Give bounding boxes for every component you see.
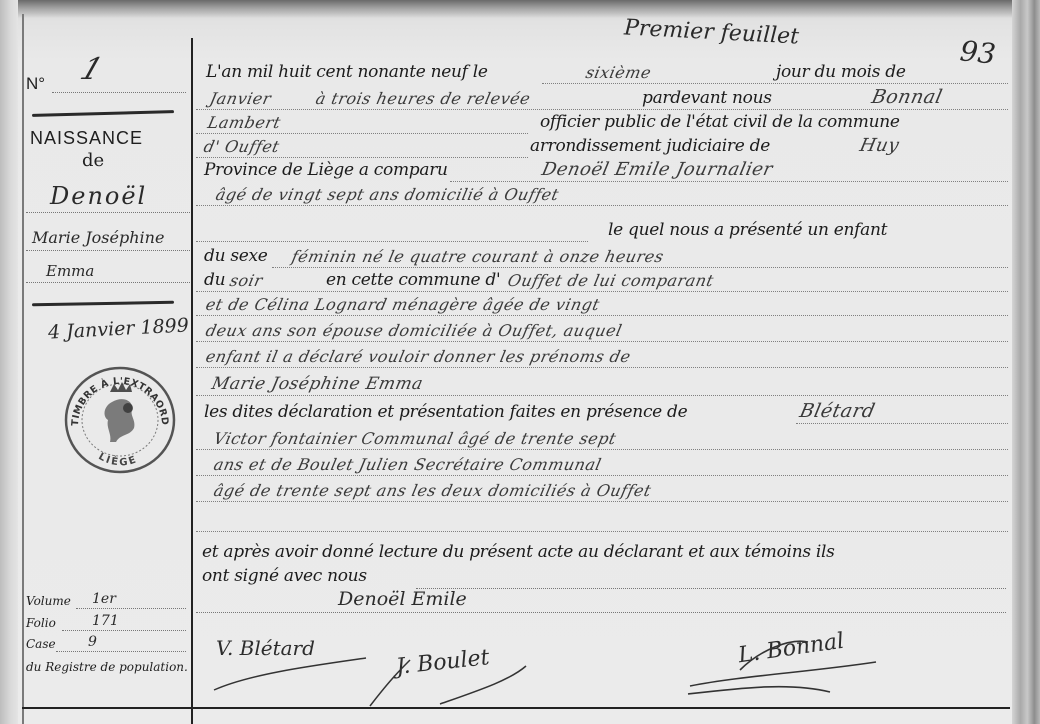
stamp-seal-icon: TIMBRE À L'EXTRAORDINAIRE LIÈGE [62, 362, 178, 474]
dotted-line [542, 83, 1008, 84]
printed-text: ont signé avec nous [202, 566, 367, 586]
signature-flourish-icon [210, 656, 370, 696]
body-line-13: Marie Joséphine Emma [196, 372, 1008, 398]
body-line-12: enfant il a déclaré vouloir donner les p… [196, 344, 1008, 370]
dotted-line [196, 367, 1008, 368]
margin-column: N° 1 NAISSANCE de Denoël Marie Joséphine… [24, 0, 190, 724]
handwritten-entry: Janvier [208, 89, 273, 108]
act-body: L'an mil huit cent nonante neuf le sixiè… [196, 0, 1012, 724]
margin-date: 4 Janvier 1899 [48, 314, 190, 343]
folio-row: Folio 171 [26, 616, 190, 634]
handwritten-entry: Victor fontainier Communal âgé de trente… [212, 429, 618, 448]
section-rule [32, 110, 174, 117]
handwritten-entry: à trois heures de relevée [314, 89, 532, 108]
handwritten-entry: âgé de trente sept ans les deux domicili… [212, 481, 653, 500]
volume-row: Volume 1er [26, 594, 190, 612]
child-given-names-1: Marie Joséphine [32, 228, 164, 247]
body-line-18 [196, 508, 1008, 534]
body-line-14: les dites déclaration et présentation fa… [196, 400, 1008, 426]
dotted-line [796, 423, 1008, 424]
body-line-8: du sexe féminin né le quatre courant à o… [196, 244, 1008, 270]
handwritten-entry: Huy [858, 135, 901, 156]
handwritten-entry: deux ans son épouse domiciliée à Ouffet,… [204, 321, 624, 340]
register-page: Premier feuillet 93 N° 1 NAISSANCE de De… [0, 0, 1040, 724]
folio-value: 171 [92, 613, 119, 629]
handwritten-entry: Denoël Emile Journalier [540, 159, 775, 180]
handwritten-entry: enfant il a déclaré vouloir donner les p… [204, 347, 633, 366]
printed-text: jour du mois de [776, 62, 906, 82]
register-footer: du Registre de population. [26, 660, 188, 674]
body-line-16: ans et de Boulet Julien Secrétaire Commu… [196, 452, 1008, 478]
case-value: 9 [88, 634, 97, 650]
handwritten-entry: sixième [584, 63, 653, 82]
body-line-1: L'an mil huit cent nonante neuf le sixiè… [196, 60, 1008, 86]
dotted-line [196, 531, 1008, 532]
handwritten-entry: Marie Joséphine Emma [210, 374, 425, 394]
dotted-line [26, 212, 190, 213]
printed-text: les dites déclaration et présentation fa… [204, 402, 687, 422]
dotted-line [196, 395, 1008, 396]
handwritten-entry: d' Ouffet [202, 137, 281, 156]
body-line-7: le quel nous a présenté un enfant [196, 218, 1008, 244]
printed-text: pardevant nous [642, 88, 772, 108]
binding-edge-left [0, 0, 18, 724]
dotted-line [196, 341, 1008, 342]
dotted-line [196, 449, 1008, 450]
de-label: de [82, 150, 104, 171]
dotted-line [26, 250, 190, 251]
body-line-19: et après avoir donné lecture du présent … [196, 540, 1008, 566]
child-surname: Denoël [50, 182, 147, 210]
act-number-value: 1 [76, 52, 108, 87]
handwritten-entry: Lambert [206, 113, 283, 132]
section-title: NAISSANCE [30, 128, 143, 149]
printed-text: du [204, 270, 225, 290]
body-line-3: Lambert officier public de l'état civil … [196, 110, 1008, 136]
section-rule [32, 301, 174, 306]
dotted-line [196, 315, 1008, 316]
volume-label: Volume [26, 594, 71, 608]
body-line-20: ont signé avec nous [196, 564, 1008, 590]
case-label: Case [26, 637, 56, 651]
handwritten-entry: Bonnal [870, 86, 945, 108]
body-line-4: d' Ouffet arrondissement judiciaire de H… [196, 134, 1008, 160]
body-line-5: Province de Liège a comparu Denoël Emile… [196, 158, 1008, 184]
handwritten-entry: ans et de Boulet Julien Secrétaire Commu… [212, 455, 603, 474]
handwritten-entry: Ouffet de lui comparant [506, 271, 716, 290]
body-line-10: et de Célina Lognard ménagère âgée de vi… [196, 292, 1008, 318]
signature-declarant: Denoël Emile [338, 588, 467, 610]
child-given-names-2: Emma [46, 262, 94, 280]
body-line-11: deux ans son épouse domiciliée à Ouffet,… [196, 318, 1008, 344]
folio-label: Folio [26, 616, 56, 630]
printed-text: Province de Liège a comparu [204, 160, 448, 180]
dotted-line [196, 241, 588, 242]
act-number-label: N° [26, 74, 45, 94]
handwritten-entry: et de Célina Lognard ménagère âgée de vi… [204, 295, 602, 314]
act-number-row: N° 1 [26, 74, 190, 96]
signature-flourish-icon [680, 630, 910, 700]
signature-line [196, 612, 1006, 613]
body-line-15: Victor fontainier Communal âgé de trente… [196, 426, 1008, 452]
tax-stamp: TIMBRE À L'EXTRAORDINAIRE LIÈGE [62, 362, 178, 474]
dotted-line [52, 92, 186, 93]
dotted-line [26, 282, 190, 283]
printed-text: arrondissement judiciaire de [530, 136, 770, 156]
dotted-line [76, 608, 186, 609]
dotted-line [62, 630, 186, 631]
printed-text: du sexe [204, 246, 268, 266]
body-line-17: âgé de trente sept ans les deux domicili… [196, 478, 1008, 504]
printed-text: le quel nous a présenté un enfant [608, 220, 887, 240]
printed-text: officier public de l'état civil de la co… [540, 112, 900, 132]
dotted-line [196, 205, 1008, 206]
dotted-line [196, 501, 1008, 502]
volume-value: 1er [92, 591, 116, 607]
dotted-line [56, 651, 186, 652]
signature-line [416, 588, 1006, 589]
body-line-6: âgé de vingt sept ans domicilié à Ouffet [196, 182, 1008, 208]
handwritten-entry: féminin né le quatre courant à onze heur… [290, 247, 666, 266]
handwritten-entry: Blétard [798, 400, 878, 422]
body-line-2: Janvier à trois heures de relevée pardev… [196, 86, 1008, 112]
dotted-line [196, 475, 1008, 476]
printed-text: et après avoir donné lecture du présent … [202, 542, 835, 562]
signature-flourish-icon [360, 650, 530, 710]
column-divider [191, 38, 193, 724]
page-edge-right [1012, 0, 1040, 724]
handwritten-entry: âgé de vingt sept ans domicilié à Ouffet [214, 185, 561, 204]
printed-text: L'an mil huit cent nonante neuf le [206, 62, 488, 82]
printed-text: en cette commune d' [326, 270, 500, 290]
handwritten-entry: soir [228, 271, 265, 290]
body-line-9: du soir en cette commune d' Ouffet de lu… [196, 268, 1008, 294]
case-row: Case 9 [26, 637, 190, 655]
